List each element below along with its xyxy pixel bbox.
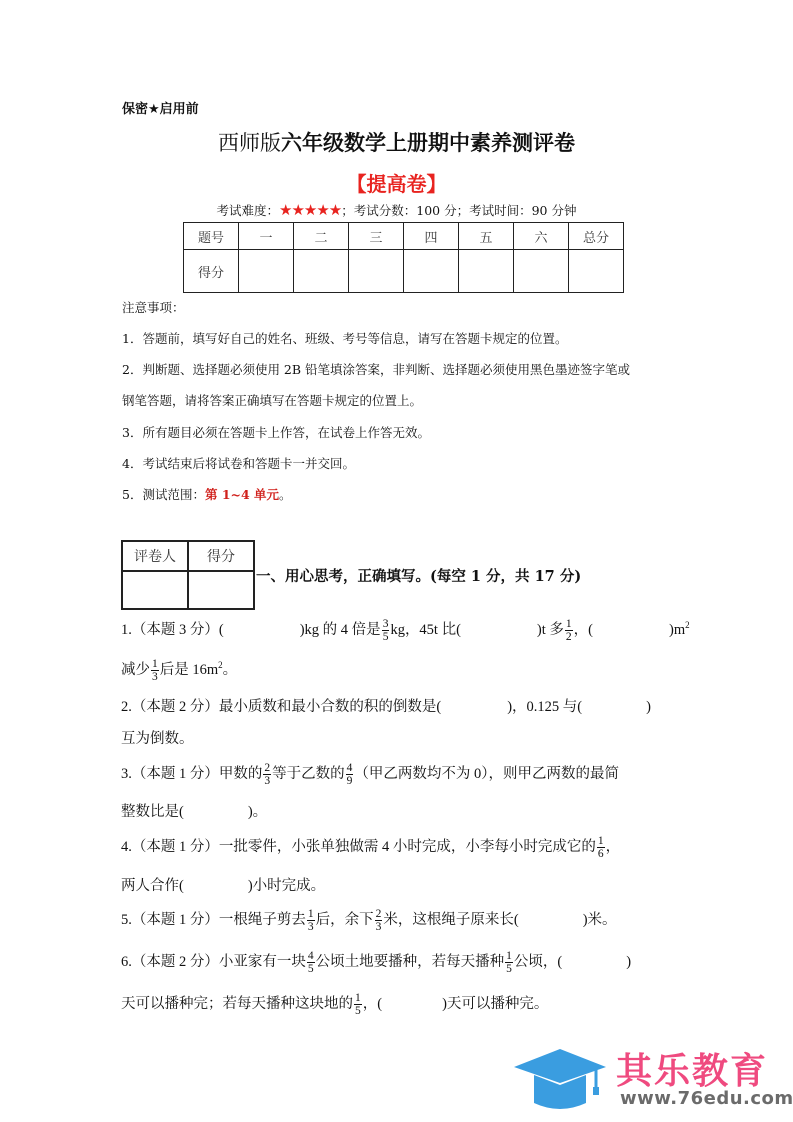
- score-header-cell: 四: [404, 223, 459, 250]
- numerator: 4: [346, 762, 354, 775]
- score-row-label: 得分: [184, 250, 239, 293]
- denominator: 9: [346, 775, 354, 787]
- fraction: 49: [346, 762, 354, 787]
- score-table-score-row: 得分: [184, 250, 624, 293]
- score-cell[interactable]: [569, 250, 624, 293]
- numerator: 1: [505, 950, 513, 963]
- fraction: 35: [382, 618, 390, 643]
- denominator: 2: [565, 631, 573, 643]
- q5-text: 米，这根绳子原来长(: [383, 912, 518, 928]
- q2-text: )，0.125 与(: [507, 699, 582, 715]
- fraction: 23: [375, 908, 383, 933]
- q4-text: )小时完成。: [248, 878, 325, 894]
- fraction: 15: [505, 950, 513, 975]
- grader-header-row: 评卷人 得分: [122, 541, 254, 571]
- watermark-name: 其乐教育: [616, 1043, 768, 1094]
- q1-text: 后是 16m: [160, 662, 218, 678]
- fraction: 12: [565, 618, 573, 643]
- grader-table: 评卷人 得分: [121, 540, 255, 610]
- numerator: 1: [151, 658, 159, 671]
- numerator: 4: [307, 950, 315, 963]
- q3-text: 等于乙数的: [272, 766, 345, 782]
- score-table: 题号 一 二 三 四 五 六 总分 得分: [183, 222, 624, 293]
- score-table-header-row: 题号 一 二 三 四 五 六 总分: [184, 223, 624, 250]
- q6-text: 公顷土地要播种，若每天播种: [316, 954, 505, 970]
- numerator: 1: [565, 618, 573, 631]
- question-3-line-1: 3.（本题 1 分）甲数的23等于乙数的49（甲乙两数均不为 0），则甲乙两数的…: [121, 762, 619, 787]
- question-3-line-2: 整数比是()。: [121, 800, 267, 821]
- q3-text: （甲乙两数均不为 0），则甲乙两数的最简: [354, 766, 619, 782]
- fraction: 13: [151, 658, 159, 683]
- q1-text: 1.（本题 3 分）(: [121, 622, 224, 638]
- denominator: 3: [307, 921, 315, 933]
- numerator: 3: [382, 618, 390, 631]
- q3-text: 3.（本题 1 分）甲数的: [121, 766, 262, 782]
- q6-text: )天可以播种完。: [442, 996, 548, 1012]
- numerator: 1: [307, 908, 315, 921]
- q1-text: ，(: [574, 622, 593, 638]
- notice-item: 2．判断题、选择题必须使用 2B 铅笔填涂答案，非判断、选择题必须使用黑色墨迹签…: [122, 360, 630, 378]
- denominator: 5: [354, 1005, 362, 1017]
- fraction: 45: [307, 950, 315, 975]
- q2-text: 2.（本题 2 分）最小质数和最小合数的积的倒数是(: [121, 699, 441, 715]
- numerator: 2: [263, 762, 271, 775]
- scope-range: 第 1~4 单元: [205, 487, 279, 502]
- question-1-line-1: 1.（本题 3 分）()kg 的 4 倍是35kg，45t 比()t 多12，(…: [121, 618, 690, 643]
- denominator: 5: [505, 963, 513, 975]
- q1-text: 。: [223, 662, 238, 678]
- question-2-line-1: 2.（本题 2 分）最小质数和最小合数的积的倒数是()，0.125 与(): [121, 695, 651, 716]
- q2-text: ): [646, 699, 651, 715]
- q4-text: ，: [606, 839, 621, 855]
- score-header-cell: 六: [514, 223, 569, 250]
- graduation-cap-icon: [512, 1047, 608, 1111]
- grader-score-cell[interactable]: [188, 571, 254, 609]
- fraction: 13: [307, 908, 315, 933]
- fraction: 15: [354, 992, 362, 1017]
- notice-item: 4．考试结束后将试卷和答题卡一并交回。: [122, 454, 355, 472]
- grader-header-cell: 得分: [188, 541, 254, 571]
- denominator: 3: [151, 671, 159, 683]
- score-header-cell: 二: [294, 223, 349, 250]
- score-cell[interactable]: [239, 250, 294, 293]
- denominator: 5: [382, 631, 390, 643]
- q5-text: )米。: [583, 912, 617, 928]
- notice-item: 钢笔答题，请将答案正确填写在答题卡规定的位置上。: [122, 391, 422, 409]
- page-title: 西师版六年级数学上册期中素养测评卷: [0, 127, 793, 157]
- q1-text: kg，45t 比(: [390, 622, 460, 638]
- q4-text: 4.（本题 1 分）一批零件，小张单独做需 4 小时完成，小李每小时完成它的: [121, 839, 596, 855]
- q6-text: 6.（本题 2 分）小亚家有一块: [121, 954, 306, 970]
- score-header-cell: 一: [239, 223, 294, 250]
- denominator: 3: [375, 921, 383, 933]
- denominator: 5: [307, 963, 315, 975]
- superscript: 2: [685, 620, 690, 630]
- q1-text: )t 多: [537, 622, 564, 638]
- q3-text: 整数比是(: [121, 804, 184, 820]
- score-cell[interactable]: [404, 250, 459, 293]
- score-info: ；考试分数：100 分；考试时间：90 分钟: [341, 203, 576, 218]
- question-1-line-2: 减少13后是 16m2。: [121, 658, 237, 683]
- question-2-line-2: 互为倒数。: [121, 727, 194, 748]
- score-cell[interactable]: [459, 250, 514, 293]
- score-header-cell: 五: [459, 223, 514, 250]
- q1-text: )m: [669, 622, 685, 638]
- score-header-cell: 题号: [184, 223, 239, 250]
- q6-text: 公顷，(: [514, 954, 562, 970]
- grader-header-cell: 评卷人: [122, 541, 188, 571]
- score-header-cell: 总分: [569, 223, 624, 250]
- scope-label: 5．测试范围：: [122, 487, 205, 502]
- q1-text: )kg 的 4 倍是: [300, 622, 381, 638]
- score-cell[interactable]: [514, 250, 569, 293]
- question-4-line-1: 4.（本题 1 分）一批零件，小张单独做需 4 小时完成，小李每小时完成它的16…: [121, 835, 620, 860]
- q4-text: 两人合作(: [121, 878, 184, 894]
- numerator: 2: [375, 908, 383, 921]
- notice-title: 注意事项：: [122, 298, 185, 316]
- exam-meta: 考试难度：★★★★★；考试分数：100 分；考试时间：90 分钟: [0, 201, 793, 219]
- score-header-cell: 三: [349, 223, 404, 250]
- page-subtitle: 【提高卷】: [0, 168, 793, 197]
- q6-text: ，(: [363, 996, 382, 1012]
- title-main: 六年级数学上册期中素养测评卷: [281, 131, 575, 155]
- fraction: 23: [263, 762, 271, 787]
- question-6-line-2: 天可以播种完；若每天播种这块地的15，()天可以播种完。: [121, 992, 548, 1017]
- notice-item-scope: 5．测试范围：第 1~4 单元。: [122, 485, 292, 503]
- q5-text: 后，余下: [316, 912, 374, 928]
- numerator: 1: [597, 835, 605, 848]
- confidential-label: 保密★启用前: [122, 98, 199, 117]
- notice-item: 1．答题前，填写好自己的姓名、班级、考号等信息，请写在答题卡规定的位置。: [122, 329, 567, 347]
- grader-value-row: [122, 571, 254, 609]
- question-5: 5.（本题 1 分）一根绳子剪去13后，余下23米，这根绳子原来长()米。: [121, 908, 617, 933]
- grader-name-cell[interactable]: [122, 571, 188, 609]
- q6-text: ): [626, 954, 631, 970]
- question-4-line-2: 两人合作()小时完成。: [121, 874, 325, 895]
- q5-text: 5.（本题 1 分）一根绳子剪去: [121, 912, 306, 928]
- denominator: 6: [597, 848, 605, 860]
- q1-text: 减少: [121, 662, 150, 678]
- q3-text: )。: [248, 804, 267, 820]
- fraction: 16: [597, 835, 605, 860]
- difficulty-stars-icon: ★★★★★: [279, 201, 341, 219]
- title-prefix: 西师版: [218, 131, 281, 155]
- question-6-line-1: 6.（本题 2 分）小亚家有一块45公顷土地要播种，若每天播种15公顷，(): [121, 950, 631, 975]
- difficulty-label: 考试难度：: [217, 203, 280, 218]
- score-cell[interactable]: [349, 250, 404, 293]
- score-cell[interactable]: [294, 250, 349, 293]
- section-title: 一、用心思考，正确填写。(每空 1 分，共 17 分): [256, 565, 581, 586]
- watermark-url: www.76edu.com: [620, 1088, 793, 1109]
- scope-suffix: 。: [279, 487, 292, 502]
- numerator: 1: [354, 992, 362, 1005]
- watermark-logo: 其乐教育 www.76edu.com: [512, 1043, 782, 1113]
- notice-item: 3．所有题目必须在答题卡上作答，在试卷上作答无效。: [122, 423, 430, 441]
- denominator: 3: [263, 775, 271, 787]
- q6-text: 天可以播种完；若每天播种这块地的: [121, 996, 353, 1012]
